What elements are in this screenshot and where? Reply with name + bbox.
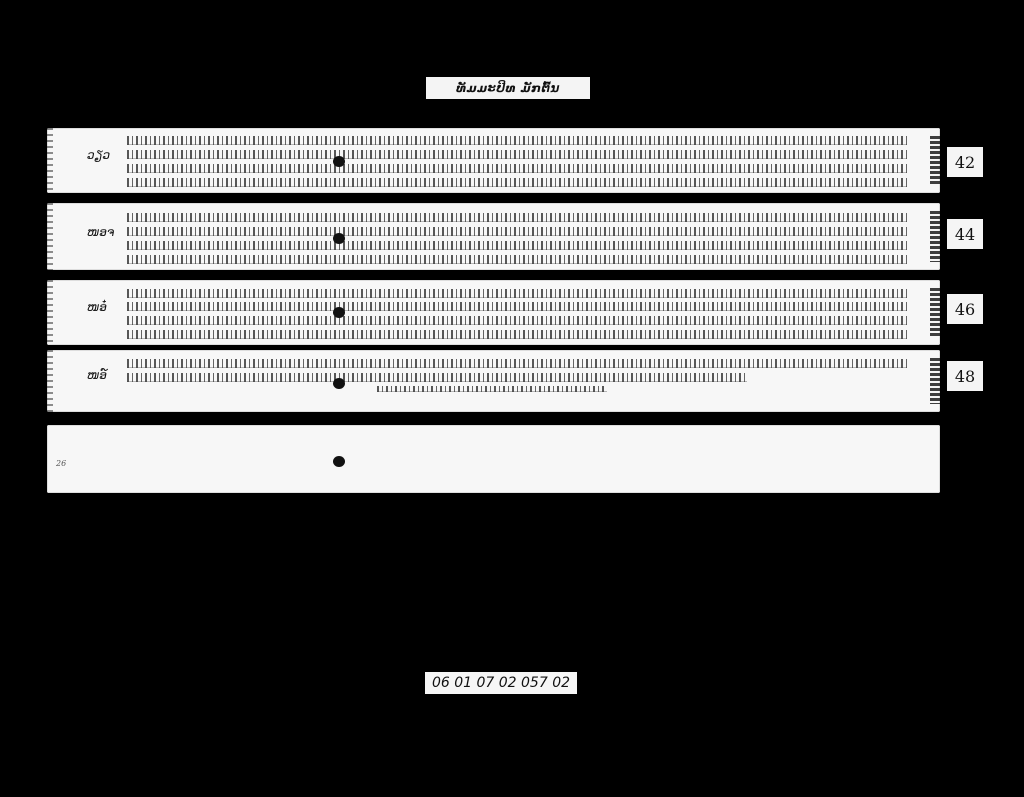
manuscript-leaf-2: ໜອຈ	[47, 203, 940, 270]
script-line	[127, 316, 907, 325]
leaf-margin-label: ວຽວ	[87, 148, 110, 162]
page-number-label: 48	[947, 361, 983, 391]
script-line	[127, 164, 907, 173]
script-line	[127, 241, 907, 250]
script-line	[127, 227, 907, 236]
leaf-margin-label: 26	[56, 459, 66, 468]
leaf-edge	[47, 128, 53, 193]
script-line	[127, 136, 907, 145]
script-line	[127, 330, 907, 339]
leaf-edge	[930, 288, 940, 337]
leaf-edge	[47, 350, 53, 412]
leaf-edge	[47, 203, 53, 270]
manuscript-leaf-4: ໜອ໌	[47, 350, 940, 412]
binding-hole	[333, 233, 345, 244]
binding-hole	[333, 156, 345, 167]
leaf-margin-label: ໜອຈ	[87, 225, 114, 239]
leaf-edge	[930, 136, 940, 185]
manuscript-leaf-5-blank: 26	[47, 425, 940, 493]
script-line	[127, 359, 907, 368]
manuscript-title-label: ທັມມະປິທ ມັກຕົ້ນ	[426, 77, 590, 99]
leaf-edge	[930, 211, 940, 262]
script-line	[127, 373, 747, 382]
binding-hole	[333, 378, 345, 389]
binding-hole	[333, 307, 345, 318]
script-line	[127, 213, 907, 222]
page-number-label: 46	[947, 294, 983, 324]
script-line	[127, 255, 907, 264]
page-number-label: 44	[947, 219, 983, 249]
script-line	[127, 178, 907, 187]
script-line	[127, 302, 907, 311]
leaf-margin-label: ໜອ໋	[87, 300, 107, 314]
catalog-number-label: 06 01 07 02 057 02	[425, 672, 577, 694]
manuscript-leaf-3: ໜອ໋	[47, 280, 940, 345]
leaf-edge	[47, 280, 53, 345]
leaf-edge	[930, 358, 940, 404]
script-line	[377, 386, 607, 392]
page-number-label: 42	[947, 147, 983, 177]
script-line	[127, 150, 907, 159]
manuscript-leaf-1: ວຽວ	[47, 128, 940, 193]
leaf-margin-label: ໜອ໌	[87, 368, 107, 382]
binding-hole	[333, 456, 345, 467]
script-line	[127, 289, 907, 298]
